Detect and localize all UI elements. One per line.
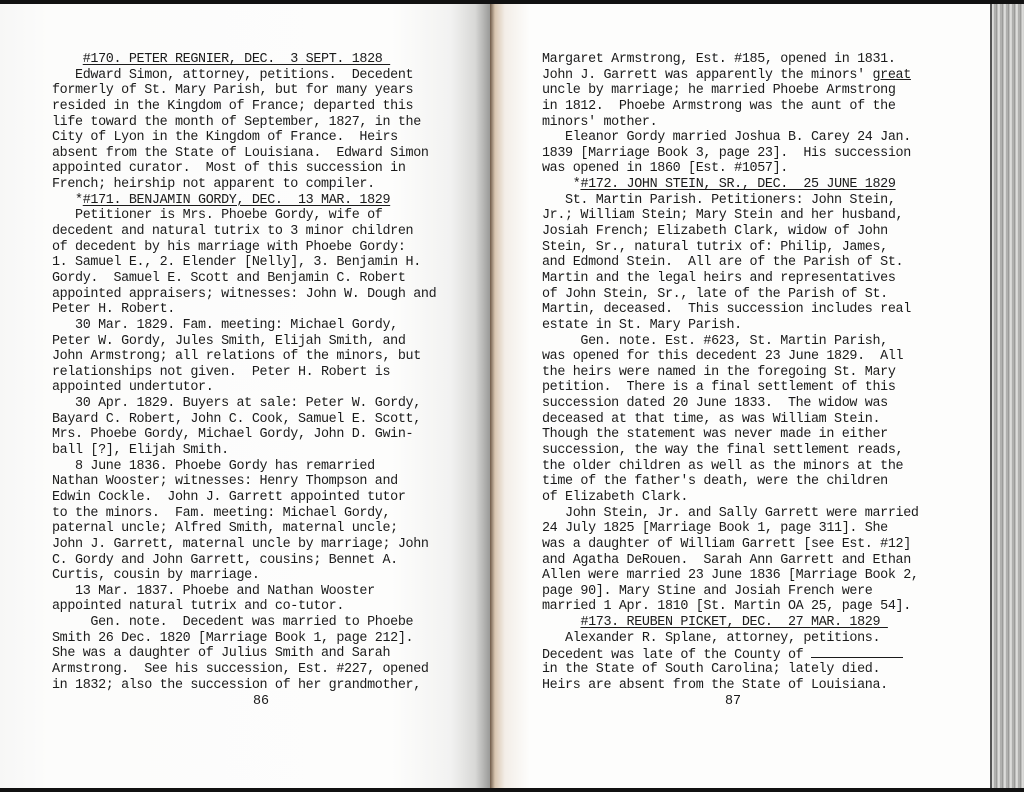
text-line: Mrs. Phoebe Gordy, Michael Gordy, John D…	[52, 427, 436, 443]
line-text: and Edmond Stein. All are of the Parish …	[542, 255, 903, 270]
text-line: She was a daughter of Julius Smith and S…	[52, 646, 436, 662]
text-line: 13 Mar. 1837. Phoebe and Nathan Wooster	[52, 584, 436, 600]
right-page: Margaret Armstrong, Est. #185, opened in…	[490, 4, 990, 788]
text-line: Petitioner is Mrs. Phoebe Gordy, wife of	[52, 208, 436, 224]
blank-fill-line	[811, 646, 903, 658]
text-line: of Elizabeth Clark.	[542, 490, 919, 506]
page-number-right: 87	[725, 694, 741, 709]
line-text: *	[542, 177, 580, 192]
text-line: John Armstrong; all relations of the min…	[52, 349, 436, 365]
text-line: Gen. note. Est. #623, St. Martin Parish,	[542, 334, 919, 350]
line-text: C. Gordy and John Garrett, cousins; Benn…	[52, 553, 398, 568]
line-text: relationships not given. Peter H. Robert…	[52, 365, 390, 380]
line-text: was opened in 1860 [Est. #1057].	[542, 161, 788, 176]
line-text: in 1832; also the succession of her gran…	[52, 678, 421, 693]
entry-heading: #171. BENJAMIN GORDY, DEC. 13 MAR. 1829	[83, 193, 390, 208]
text-line: Bayard C. Robert, John C. Cook, Samuel E…	[52, 412, 436, 428]
line-text: French; heirship not apparent to compile…	[52, 177, 375, 192]
line-text: Gen. note. Est. #623, St. Martin Parish,	[542, 334, 888, 349]
line-text: appointed curator. Most of this successi…	[52, 161, 406, 176]
line-text: Peter W. Gordy, Jules Smith, Elijah Smit…	[52, 334, 406, 349]
text-line: of John Stein, Sr., late of the Parish o…	[542, 287, 919, 303]
line-text: page 90]. Mary Stine and Josiah French w…	[542, 584, 873, 599]
line-text: appointed natural tutrix and co-tutor.	[52, 599, 344, 614]
text-line: succession, the way the final settlement…	[542, 443, 919, 459]
text-line: Margaret Armstrong, Est. #185, opened in…	[542, 52, 919, 68]
line-text: Smith 26 Dec. 1820 [Marriage Book 1, pag…	[52, 631, 413, 646]
line-text: Jr.; William Stein; Mary Stein and her h…	[542, 208, 903, 223]
line-text: appointed undertutor.	[52, 380, 213, 395]
line-text: Though the statement was never made in e…	[542, 427, 888, 442]
line-text: resided in the Kingdom of France; depart…	[52, 99, 413, 114]
text-line: the older children as well as the minors…	[542, 459, 919, 475]
line-text: minors' mother.	[542, 115, 657, 130]
line-text: Margaret Armstrong, Est. #185, opened in…	[542, 52, 896, 67]
text-line: absent from the State of Louisiana. Edwa…	[52, 146, 436, 162]
text-line: deceased at that time, as was William St…	[542, 412, 919, 428]
book-page-edges	[990, 4, 1024, 788]
text-line: 24 July 1825 [Marriage Book 1, page 311]…	[542, 521, 919, 537]
line-text: 8 June 1836. Phoebe Gordy has remarried	[52, 459, 375, 474]
line-text: Edward Simon, attorney, petitions. Deced…	[52, 68, 413, 83]
line-text: ball [?], Elijah Smith.	[52, 443, 229, 458]
text-line: and Edmond Stein. All are of the Parish …	[542, 255, 919, 271]
line-text: *	[52, 193, 83, 208]
left-page: #170. PETER REGNIER, DEC. 3 SEPT. 1828 E…	[0, 4, 490, 788]
text-line: Curtis, cousin by marriage.	[52, 568, 436, 584]
line-text: formerly of St. Mary Parish, but for man…	[52, 83, 413, 98]
underlined-word: great	[873, 68, 911, 83]
text-line: Edwin Cockle. John J. Garrett appointed …	[52, 490, 436, 506]
text-line: Peter H. Robert.	[52, 302, 436, 318]
text-line: life toward the month of September, 1827…	[52, 115, 436, 131]
line-text: time of the father's death, were the chi…	[542, 474, 888, 489]
line-text: and Agatha DeRouen. Sarah Ann Garrett an…	[542, 553, 911, 568]
line-text: Josiah French; Elizabeth Clark, widow of…	[542, 224, 888, 239]
text-line: married 1 Apr. 1810 [St. Martin OA 25, p…	[542, 599, 919, 615]
line-text: appointed appraisers; witnesses: John W.…	[52, 287, 436, 302]
entry-heading-line: #170. PETER REGNIER, DEC. 3 SEPT. 1828	[52, 52, 436, 68]
text-line: relationships not given. Peter H. Robert…	[52, 365, 436, 381]
line-text: succession, the way the final settlement…	[542, 443, 903, 458]
text-line: the heirs were named in the foregoing St…	[542, 365, 919, 381]
text-line: Alexander R. Splane, attorney, petitions…	[542, 631, 919, 647]
text-line: appointed curator. Most of this successi…	[52, 161, 436, 177]
text-line: in the State of South Carolina; lately d…	[542, 662, 919, 678]
line-text: decedent and natural tutrix to 3 minor c…	[52, 224, 413, 239]
line-text: was opened for this decedent 23 June 182…	[542, 349, 903, 364]
text-line: City of Lyon in the Kingdom of France. H…	[52, 130, 436, 146]
text-line: Nathan Wooster; witnesses: Henry Thompso…	[52, 474, 436, 490]
text-line: Gordy. Samuel E. Scott and Benjamin C. R…	[52, 271, 436, 287]
entry-heading-line: *#171. BENJAMIN GORDY, DEC. 13 MAR. 1829	[52, 193, 436, 209]
line-text: 30 Apr. 1829. Buyers at sale: Peter W. G…	[52, 396, 421, 411]
text-line: ball [?], Elijah Smith.	[52, 443, 436, 459]
line-text: Petitioner is Mrs. Phoebe Gordy, wife of	[52, 208, 383, 223]
line-text: petition. There is a final settlement of…	[542, 380, 896, 395]
line-text: of John Stein, Sr., late of the Parish o…	[542, 287, 888, 302]
text-line: C. Gordy and John Garrett, cousins; Benn…	[52, 553, 436, 569]
line-text: 1. Samuel E., 2. Elender [Nelly], 3. Ben…	[52, 255, 421, 270]
line-text: paternal uncle; Alfred Smith, maternal u…	[52, 521, 398, 536]
line-text: She was a daughter of Julius Smith and S…	[52, 646, 390, 661]
text-line: appointed appraisers; witnesses: John W.…	[52, 287, 436, 303]
line-text: Alexander R. Splane, attorney, petitions…	[542, 631, 880, 646]
line-text: married 1 Apr. 1810 [St. Martin OA 25, p…	[542, 599, 911, 614]
text-line: Jr.; William Stein; Mary Stein and her h…	[542, 208, 919, 224]
text-line: minors' mother.	[542, 115, 919, 131]
text-line: 1. Samuel E., 2. Elender [Nelly], 3. Ben…	[52, 255, 436, 271]
text-line: Josiah French; Elizabeth Clark, widow of…	[542, 224, 919, 240]
line-text: deceased at that time, as was William St…	[542, 412, 880, 427]
entry-heading-line: *#172. JOHN STEIN, SR., DEC. 25 JUNE 182…	[542, 177, 919, 193]
line-text: the older children as well as the minors…	[542, 459, 903, 474]
line-text: Gen. note. Decedent was married to Phoeb…	[52, 615, 413, 630]
line-text: the heirs were named in the foregoing St…	[542, 365, 896, 380]
line-text: John Armstrong; all relations of the min…	[52, 349, 421, 364]
line-text: Stein, Sr., natural tutrix of: Philip, J…	[542, 240, 888, 255]
line-text: John J. Garrett was apparently the minor…	[542, 68, 873, 83]
line-text: Nathan Wooster; witnesses: Henry Thompso…	[52, 474, 398, 489]
text-line: Gen. note. Decedent was married to Phoeb…	[52, 615, 436, 631]
line-text: Allen were married 23 June 1836 [Marriag…	[542, 568, 919, 583]
text-line: Though the statement was never made in e…	[542, 427, 919, 443]
line-text: of decedent by his marriage with Phoebe …	[52, 240, 406, 255]
page-number-left: 86	[253, 694, 269, 709]
line-text: 1839 [Marriage Book 3, page 23]. His suc…	[542, 146, 911, 161]
line-text: Bayard C. Robert, John C. Cook, Samuel E…	[52, 412, 421, 427]
text-line: John J. Garrett was apparently the minor…	[542, 68, 919, 84]
line-text: Eleanor Gordy married Joshua B. Carey 24…	[542, 130, 911, 145]
line-text: to the minors. Fam. meeting: Michael Gor…	[52, 506, 390, 521]
line-text: John Stein, Jr. and Sally Garrett were m…	[542, 506, 919, 521]
text-line: time of the father's death, were the chi…	[542, 474, 919, 490]
text-line: French; heirship not apparent to compile…	[52, 177, 436, 193]
line-text	[542, 615, 580, 630]
text-line: appointed undertutor.	[52, 380, 436, 396]
text-line: Edward Simon, attorney, petitions. Deced…	[52, 68, 436, 84]
text-line: 8 June 1836. Phoebe Gordy has remarried	[52, 459, 436, 475]
line-text: Martin and the legal heirs and represent…	[542, 271, 896, 286]
text-line: of decedent by his marriage with Phoebe …	[52, 240, 436, 256]
line-text: 30 Mar. 1829. Fam. meeting: Michael Gord…	[52, 318, 398, 333]
text-line: John J. Garrett, maternal uncle by marri…	[52, 537, 436, 553]
text-line: Martin and the legal heirs and represent…	[542, 271, 919, 287]
text-line: Stein, Sr., natural tutrix of: Philip, J…	[542, 240, 919, 256]
text-line: 30 Apr. 1829. Buyers at sale: Peter W. G…	[52, 396, 436, 412]
text-line: petition. There is a final settlement of…	[542, 380, 919, 396]
text-line: to the minors. Fam. meeting: Michael Gor…	[52, 506, 436, 522]
line-text	[52, 52, 83, 67]
text-line: Smith 26 Dec. 1820 [Marriage Book 1, pag…	[52, 631, 436, 647]
line-text: 13 Mar. 1837. Phoebe and Nathan Wooster	[52, 584, 375, 599]
text-line: was opened in 1860 [Est. #1057].	[542, 161, 919, 177]
text-line: Armstrong. See his succession, Est. #227…	[52, 662, 436, 678]
text-line: succession dated 20 June 1833. The widow…	[542, 396, 919, 412]
text-line: in 1812. Phoebe Armstrong was the aunt o…	[542, 99, 919, 115]
entry-heading: #172. JOHN STEIN, SR., DEC. 25 JUNE 1829	[580, 177, 895, 192]
line-text: Heirs are absent from the State of Louis…	[542, 678, 888, 693]
line-text: estate in St. Mary Parish.	[542, 318, 742, 333]
line-text: in 1812. Phoebe Armstrong was the aunt o…	[542, 99, 896, 114]
text-line: Eleanor Gordy married Joshua B. Carey 24…	[542, 130, 919, 146]
entry-heading-line: #173. REUBEN PICKET, DEC. 27 MAR. 1829	[542, 615, 919, 631]
line-text: of Elizabeth Clark.	[542, 490, 688, 505]
line-text: City of Lyon in the Kingdom of France. H…	[52, 130, 398, 145]
line-text: Mrs. Phoebe Gordy, Michael Gordy, John D…	[52, 427, 413, 442]
line-text: Armstrong. See his succession, Est. #227…	[52, 662, 429, 677]
text-line: paternal uncle; Alfred Smith, maternal u…	[52, 521, 436, 537]
text-line: Decedent was late of the County of	[542, 646, 919, 662]
line-text: uncle by marriage; he married Phoebe Arm…	[542, 83, 896, 98]
text-line: decedent and natural tutrix to 3 minor c…	[52, 224, 436, 240]
line-text: succession dated 20 June 1833. The widow…	[542, 396, 888, 411]
text-line: 1839 [Marriage Book 3, page 23]. His suc…	[542, 146, 919, 162]
line-text: 24 July 1825 [Marriage Book 1, page 311]…	[542, 521, 888, 536]
text-line: page 90]. Mary Stine and Josiah French w…	[542, 584, 919, 600]
line-text: in the State of South Carolina; lately d…	[542, 662, 880, 677]
line-text: absent from the State of Louisiana. Edwa…	[52, 146, 429, 161]
entry-heading: #173. REUBEN PICKET, DEC. 27 MAR. 1829	[580, 615, 887, 630]
text-line: was opened for this decedent 23 June 182…	[542, 349, 919, 365]
text-line: Martin, deceased. This succession includ…	[542, 302, 919, 318]
text-line: formerly of St. Mary Parish, but for man…	[52, 83, 436, 99]
line-text: St. Martin Parish. Petitioners: John Ste…	[542, 193, 896, 208]
text-line: resided in the Kingdom of France; depart…	[52, 99, 436, 115]
entry-heading: #170. PETER REGNIER, DEC. 3 SEPT. 1828	[83, 52, 390, 67]
scan-bottom-border	[0, 788, 1024, 792]
line-text: Edwin Cockle. John J. Garrett appointed …	[52, 490, 406, 505]
text-line: Allen were married 23 June 1836 [Marriag…	[542, 568, 919, 584]
line-text: Martin, deceased. This succession includ…	[542, 302, 911, 317]
text-line: and Agatha DeRouen. Sarah Ann Garrett an…	[542, 553, 919, 569]
text-line: John Stein, Jr. and Sally Garrett were m…	[542, 506, 919, 522]
line-text: Peter H. Robert.	[52, 302, 175, 317]
text-line: was a daughter of William Garrett [see E…	[542, 537, 919, 553]
line-text: was a daughter of William Garrett [see E…	[542, 537, 911, 552]
left-page-text: #170. PETER REGNIER, DEC. 3 SEPT. 1828 E…	[52, 52, 436, 693]
text-line: uncle by marriage; he married Phoebe Arm…	[542, 83, 919, 99]
line-text: Curtis, cousin by marriage.	[52, 568, 260, 583]
text-line: Heirs are absent from the State of Louis…	[542, 678, 919, 694]
line-text: John J. Garrett, maternal uncle by marri…	[52, 537, 429, 552]
text-line: estate in St. Mary Parish.	[542, 318, 919, 334]
line-text: Gordy. Samuel E. Scott and Benjamin C. R…	[52, 271, 406, 286]
right-page-text: Margaret Armstrong, Est. #185, opened in…	[542, 52, 919, 693]
text-line: appointed natural tutrix and co-tutor.	[52, 599, 436, 615]
text-line: St. Martin Parish. Petitioners: John Ste…	[542, 193, 919, 209]
text-line: 30 Mar. 1829. Fam. meeting: Michael Gord…	[52, 318, 436, 334]
text-line: Peter W. Gordy, Jules Smith, Elijah Smit…	[52, 334, 436, 350]
text-line: in 1832; also the succession of her gran…	[52, 678, 436, 694]
line-text: life toward the month of September, 1827…	[52, 115, 421, 130]
